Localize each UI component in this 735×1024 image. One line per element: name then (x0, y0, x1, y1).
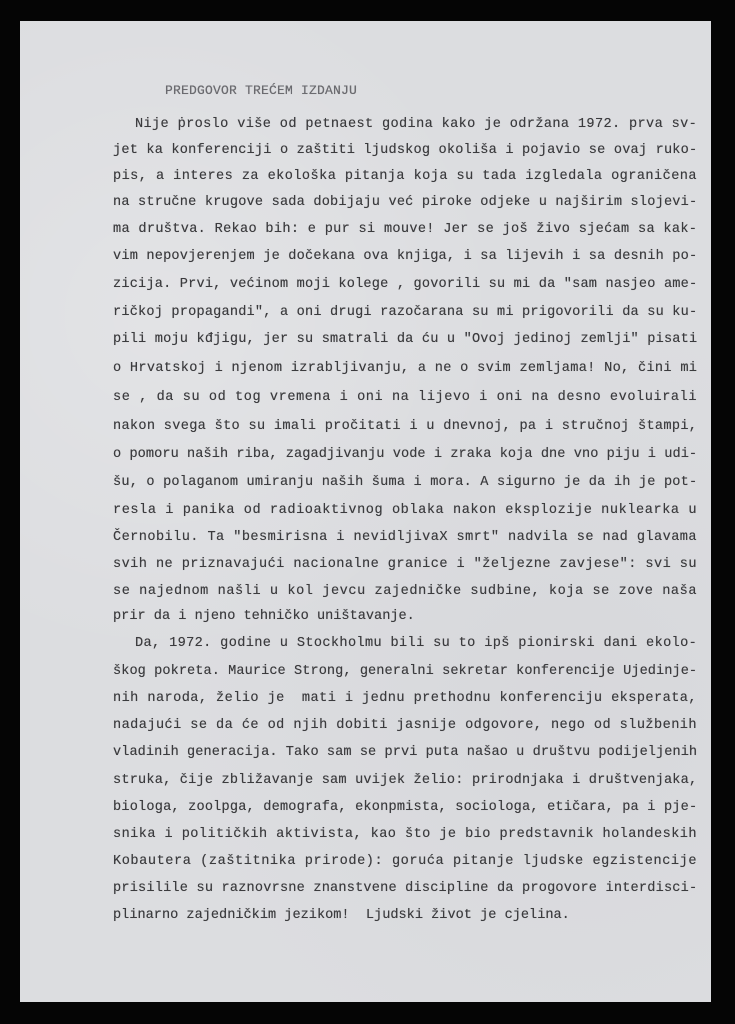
text-line: nakon svega što su imali pročitati i u d… (113, 419, 697, 435)
text-line: vladinih generacija. Tako sam se prvi pu… (113, 745, 697, 761)
text-line: o Hrvatskoj i njenom izrabljivanju, a ne… (113, 361, 697, 377)
text-line: plinarno zajedničkim jezikom! Ljudski ži… (113, 908, 570, 924)
text-line: šu, o polaganom umiranju naših šuma i mo… (113, 475, 697, 491)
text-line: škog pokreta. Maurice Strong, generalni … (113, 664, 697, 680)
text-line: na stručne krugove sada dobijaju već pir… (113, 195, 697, 211)
text-line: snika i političkih aktivista, kao što je… (113, 827, 697, 843)
text-line: Kobautera (zaštitnika prirode): goruća p… (113, 854, 697, 870)
text-line: Da, 1972. godine u Stockholmu bili su to… (135, 636, 697, 652)
text-line: Nije ṗroslo više od petnaest godina kako… (135, 117, 697, 133)
text-line: se , da su od tog vremena i oni na lijev… (113, 390, 697, 406)
typewritten-page: PREDGOVOR TREĆEM IZDANJU Nije ṗroslo viš… (20, 21, 711, 1002)
text-line: o pomoru naših riba, zagadjivanju vode i… (113, 447, 697, 463)
text-line: ma društva. Rekao bih: e pur si mouve! J… (113, 222, 697, 238)
text-line: nadajući se da će od njih dobiti jasnije… (113, 718, 697, 734)
text-line: vim nepovjerenjem je dočekana ova knjiga… (113, 249, 697, 265)
text-line: pili moju kđjigu, jer su smatrali da ću … (113, 332, 697, 348)
text-line: biologa, zoolpga, demografa, ekonpmista,… (113, 800, 697, 816)
text-line: pis, a interes za ekološka pitanja koja … (113, 169, 697, 185)
text-line: nih naroda, želio je mati i jednu pretho… (113, 691, 697, 707)
text-line: struka, čije zbližavanje sam uvijek želi… (113, 773, 697, 789)
text-line: jet ka konferenciji o zaštiti ljudskog o… (113, 143, 697, 159)
text-line: prir da i njeno tehničko uništavanje. (113, 609, 415, 625)
text-line: se najednom našli u kol jevcu zajedničke… (113, 584, 697, 600)
text-line: ričkoj propagandi", a oni drugi razočara… (113, 305, 697, 321)
text-line: zicija. Prvi, većinom moji kolege , govo… (113, 277, 697, 293)
text-line: svih ne priznavajući nacionalne granice … (113, 557, 697, 573)
page-title: PREDGOVOR TREĆEM IZDANJU (165, 83, 357, 99)
text-line: resla i panika od radioaktivnog oblaka n… (113, 503, 697, 519)
text-line: prisilile su raznovrsne znanstvene disci… (113, 881, 697, 897)
text-line: Černobilu. Ta "besmirisna i nevidljivaX … (113, 530, 697, 546)
